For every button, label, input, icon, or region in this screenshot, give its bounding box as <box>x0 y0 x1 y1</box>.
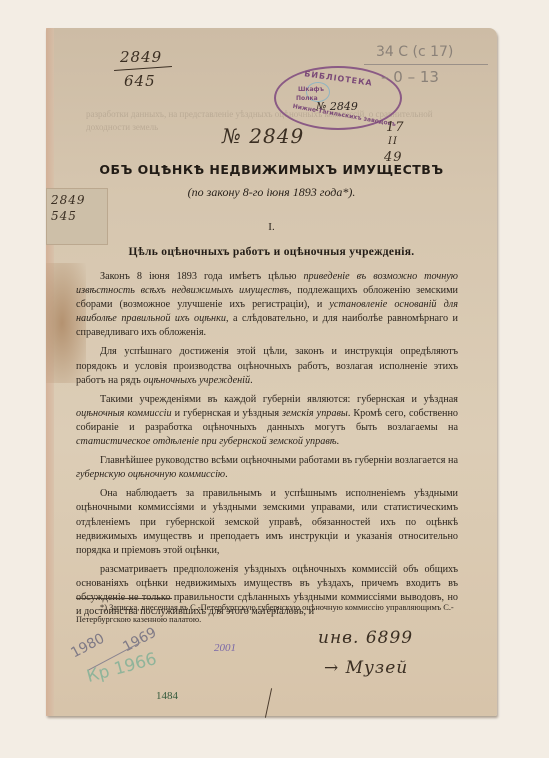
fraction-line <box>114 66 172 71</box>
pencil-shelfmark: 34 С (с 17) <box>376 44 453 60</box>
stamp-shelf: Полка <box>296 95 318 102</box>
fraction-middle: II <box>388 136 398 147</box>
section-number: I. <box>46 221 497 233</box>
pencil-1980: 1980 <box>68 631 107 662</box>
green-pencil-mark: Кр 1966 <box>85 649 159 687</box>
inventory-note: инв. 6899 <box>318 628 413 648</box>
body-text: Законъ 8 іюня 1893 года имѣетъ цѣлью при… <box>76 270 458 624</box>
paragraph: Законъ 8 іюня 1893 года имѣетъ цѣлью при… <box>76 270 458 340</box>
handwritten-denominator: 645 <box>124 72 156 90</box>
paragraph: Она наблюдаетъ за правильнымъ и успѣшным… <box>76 487 458 557</box>
footnote-rule <box>76 598 172 599</box>
document-title: ОБЪ ОЦѢНКѢ НЕДВИЖИМЫХЪ ИМУЩЕСТВЪ <box>46 162 497 177</box>
handwritten-inventory-number: № 2849 <box>222 124 304 148</box>
green-1484: 1484 <box>156 690 178 702</box>
section-title: Цѣль оцѣночныхъ работъ и оцѣночныя учреж… <box>46 246 497 258</box>
handwritten-number: 2849 <box>120 48 162 66</box>
stamp-cabinet: Шкафъ <box>298 86 324 93</box>
pencil-code: – 0 – 13 <box>381 68 439 86</box>
paragraph: Главнѣйшее руководство всѣми оцѣночными … <box>76 454 458 482</box>
pencil-line <box>364 64 488 65</box>
paragraph: Для успѣшнаго достиженія этой цѣли, зако… <box>76 345 458 387</box>
document-subtitle: (по закону 8-го іюня 1893 года*). <box>46 185 497 200</box>
museum-note: → Музей <box>324 658 408 678</box>
ink-stroke <box>265 688 272 718</box>
fraction-top: 17 <box>386 120 405 135</box>
purple-2001: 2001 <box>214 642 236 654</box>
document-page: 2849 545 разработки данныхъ, на представ… <box>46 28 497 716</box>
paragraph: Такими учрежденіями въ каждой губерніи я… <box>76 393 458 449</box>
footnote: *) Записка, внесенная въ С.-Петербургску… <box>76 602 458 626</box>
